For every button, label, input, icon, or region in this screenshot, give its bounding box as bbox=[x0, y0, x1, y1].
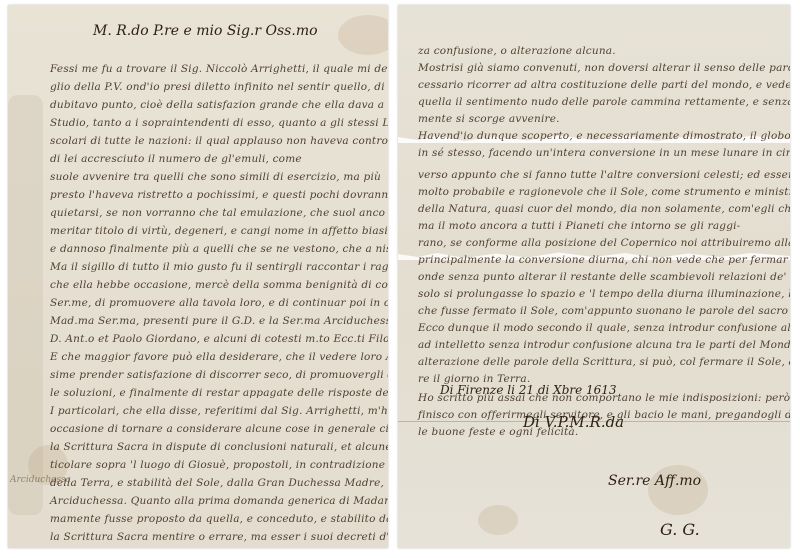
text-line: occasione di tornare a considerare alcun… bbox=[50, 423, 388, 435]
text-line: le soluzioni, e finalmente di restar app… bbox=[50, 387, 388, 399]
text-line: della Terra, e stabilità del Sole, dalla… bbox=[50, 477, 388, 489]
text-line: in sé stesso, facendo un'intera conversi… bbox=[418, 147, 790, 159]
initials-signature: G. G. bbox=[660, 520, 700, 539]
text-line: suole avvenire tra quelli che sono simil… bbox=[50, 171, 381, 183]
text-line: Arciduchessa. Quanto alla prima domanda … bbox=[50, 495, 388, 507]
text-line: Havend'io dunque scoperto, e necessariam… bbox=[418, 130, 790, 142]
text-line: scolari di tutte le nazioni: il qual app… bbox=[50, 135, 388, 147]
text-line: ticolare sopra 'l luogo di Giosuè, propo… bbox=[50, 459, 388, 471]
text-line: Fessi me fu a trovare il Sig. Niccolò Ar… bbox=[50, 63, 388, 75]
servant-signature: Ser.re Aff.mo bbox=[608, 473, 701, 489]
text-line: glio della P.V. ond'io presi diletto inf… bbox=[50, 81, 388, 93]
text-line: la Scrittura Sacra mentire o errare, ma … bbox=[50, 531, 388, 543]
text-line: molto probabile e ragionevole che il Sol… bbox=[418, 186, 790, 198]
text-line: Ecco dunque il modo secondo il quale, se… bbox=[418, 322, 790, 334]
text-line: e dannoso finalmente più a quelli che se… bbox=[50, 243, 388, 255]
paper-stain bbox=[478, 505, 518, 535]
paper-stain bbox=[338, 15, 388, 55]
text-line: quella il sentimento nudo delle parole c… bbox=[418, 96, 790, 108]
text-line: verso appunto che si fanno tutte l'altre… bbox=[418, 169, 790, 181]
text-line: che ella hebbe occasione, mercè della so… bbox=[50, 279, 388, 291]
margin-note: Arciduchessa bbox=[10, 475, 71, 485]
text-line: la Scrittura Sacra in dispute di conclus… bbox=[50, 441, 388, 453]
salutation: M. R.do P.re e mio Sig.r Oss.mo bbox=[93, 23, 318, 39]
text-line: di lei accresciuto il numero de gl'emuli… bbox=[50, 153, 302, 165]
text-line: E che maggior favore può ella desiderare… bbox=[50, 351, 388, 363]
text-line: onde senza punto alterar il restante del… bbox=[418, 271, 790, 283]
text-line: Mad.ma Ser.ma, presenti pure il G.D. e l… bbox=[50, 315, 388, 327]
text-line: Mostrisi già siamo convenuti, non dovers… bbox=[418, 62, 790, 74]
text-line: mente si scorge avvenire. bbox=[418, 113, 560, 125]
text-line: principalmente la conversione diurna, ch… bbox=[418, 254, 790, 266]
dateline: Di Firenze li 21 di Xbre 1613 bbox=[440, 383, 617, 397]
text-line: ma il moto ancora a tutti i Pianeti che … bbox=[418, 220, 740, 232]
text-line: della Natura, quasi cuor del mondo, dia … bbox=[418, 203, 790, 215]
text-line: dubitavo punto, cioè della satisfazion g… bbox=[50, 99, 388, 111]
text-line: za confusione, o alterazione alcuna. bbox=[418, 45, 616, 57]
text-line: cessario ricorrer ad altra costituzione … bbox=[418, 79, 790, 91]
text-line: quietarsi, se non vorranno che tal emula… bbox=[50, 207, 388, 219]
closing-formula: Di V.P.M.R.da bbox=[523, 413, 624, 431]
manuscript-page-right: za confusione, o alterazione alcuna. Mos… bbox=[398, 5, 790, 548]
text-line: sime prender satisfazione di discorrer s… bbox=[50, 369, 388, 381]
text-line: Ma il sigillo di tutto il mio gusto fu i… bbox=[50, 261, 388, 273]
text-line: mamente fusse proposto da quella, e conc… bbox=[50, 513, 388, 525]
text-line: D. Ant.o et Paolo Giordano, e alcuni di … bbox=[50, 333, 388, 345]
text-line: Ser.me, di promuovere alla tavola loro, … bbox=[50, 297, 388, 309]
text-line: presto l'haveva ristretto a pochissimi, … bbox=[50, 189, 388, 201]
text-line: Studio, tanto a i sopraintendenti di ess… bbox=[50, 117, 388, 129]
manuscript-page-left: M. R.do P.re e mio Sig.r Oss.mo Fessi me… bbox=[8, 5, 388, 548]
text-line: alterazione delle parole della Scrittura… bbox=[418, 356, 790, 368]
text-line: I particolari, che ella disse, referitim… bbox=[50, 405, 388, 417]
text-line: ad intelletto senza introdur confusione … bbox=[418, 339, 790, 351]
text-line: rano, se conforme alla posizione del Cop… bbox=[418, 237, 790, 249]
text-line: solo si prolungasse lo spazio e 'l tempo… bbox=[418, 288, 790, 300]
text-line: che fusse fermato il Sole, com'appunto s… bbox=[418, 305, 790, 317]
text-line: meritar titolo di virtù, degeneri, e can… bbox=[50, 225, 388, 237]
